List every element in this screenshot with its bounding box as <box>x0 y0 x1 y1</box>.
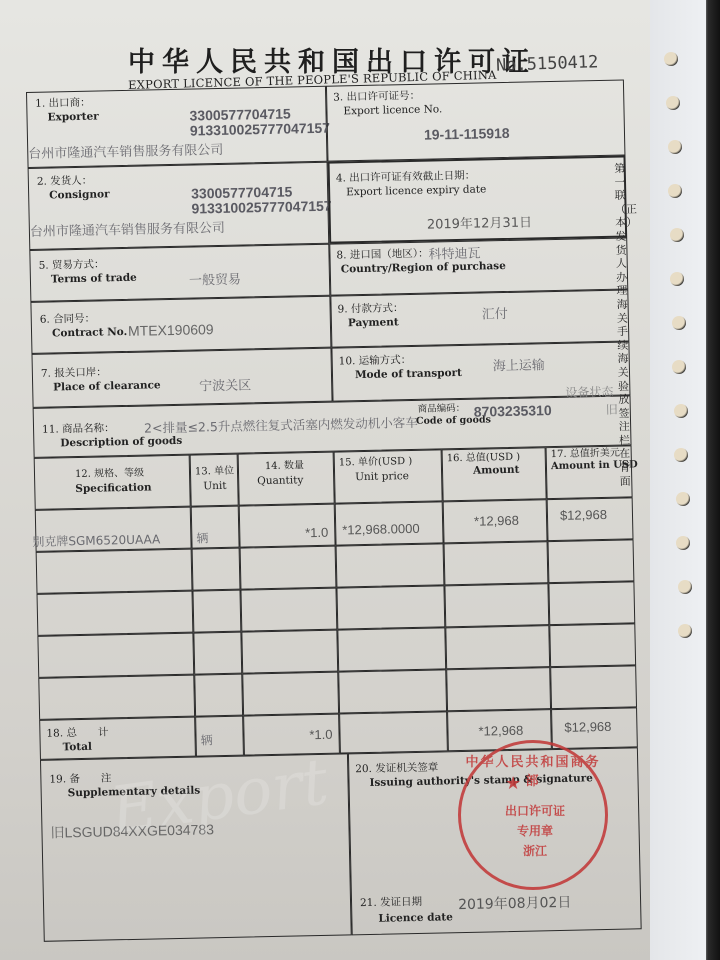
seal-ring-text: 中华人民共和国商务部 <box>461 751 605 789</box>
goods-code-value: 8703235310 <box>474 402 552 420</box>
feed-hole <box>664 52 678 66</box>
row-unit: 辆 <box>196 529 208 546</box>
th-qty-cn: 14. 数量 <box>265 459 304 474</box>
licence-no-cell: 3. 出口许可证号： Export licence No. 19-11-1159… <box>326 79 626 161</box>
goods-label-en: Description of goods <box>60 434 182 451</box>
country-label-en: Country/Region of purchase <box>341 259 506 276</box>
payment-cell: 9. 付款方式： Payment 汇付 <box>330 289 629 347</box>
consignor-label-cn: 2. 发货人： <box>37 174 93 189</box>
exporter-name: 台州市隆通汽车销售服务有限公司 <box>28 139 223 162</box>
feed-hole <box>668 140 682 154</box>
exporter-label-en: Exporter <box>47 109 98 124</box>
th-qty-en: Quantity <box>257 473 303 488</box>
table-row-spec: 别克牌SGM6520UAAA <box>35 507 192 552</box>
th-unit: 13. 单位 Unit <box>190 454 239 507</box>
goods-label-cn: 11. 商品名称： <box>42 421 115 437</box>
row-unit-price: *12,968.0000 <box>342 521 420 538</box>
expiry-label-en: Export licence expiry date <box>346 182 486 199</box>
total-amount-usd: $12,968 <box>564 719 611 735</box>
table-row-qty: *1.0 <box>239 504 336 548</box>
th-unit-en: Unit <box>203 479 226 493</box>
licence-date-label-cn: 21. 发证日期 <box>360 895 422 910</box>
table-row-amount: *12,968 <box>443 499 548 543</box>
exporter-code2: 913310025777047157 <box>190 120 330 139</box>
row-amount-usd: $12,968 <box>560 507 607 523</box>
payment-label-cn: 9. 付款方式： <box>337 301 403 316</box>
total-label-cell: 18. 总 计 Total <box>39 717 196 760</box>
consignor-code2: 913310025777047157 <box>191 198 331 217</box>
feed-hole <box>676 536 690 550</box>
supplementary-label-cn: 19. 备 注 <box>49 771 111 786</box>
total-amount: *12,968 <box>478 723 523 739</box>
contract-label-cn: 6. 合同号： <box>40 312 96 327</box>
contract-label-en: Contract No. <box>52 325 127 341</box>
equipment-status-label: 设备状态 <box>565 383 613 401</box>
feed-hole <box>678 580 692 594</box>
feed-hole <box>670 272 684 286</box>
contract-value: MTEX190609 <box>128 321 214 339</box>
payment-value: 汇付 <box>482 303 508 323</box>
consignor-cell: 2. 发货人： Consignor 3300577704715 91331002… <box>28 162 330 250</box>
consignor-name: 台州市隆通汽车销售服务有限公司 <box>30 217 225 240</box>
clearance-label-cn: 7. 报关口岸： <box>41 365 107 380</box>
licence-date-label-en: Licence date <box>378 910 453 926</box>
total-price-cell <box>339 711 448 753</box>
total-label-en: Total <box>63 740 93 755</box>
th-usd-en: Amount in USD <box>551 458 638 474</box>
total-label-cn: 18. 总 计 <box>46 725 108 740</box>
contract-cell: 6. 合同号： Contract No. MTEX190609 <box>30 296 331 354</box>
feed-hole <box>668 184 682 198</box>
table-row-amount-usd: $12,968 <box>547 497 634 541</box>
th-spec-cn: 12. 规格、等级 <box>75 467 144 482</box>
th-amount-usd: 17. 总值折美元 Amount in USD <box>546 445 633 499</box>
transport-label-cn: 10. 运输方式： <box>339 353 412 369</box>
feed-hole <box>674 448 688 462</box>
row-qty: *1.0 <box>305 525 328 540</box>
total-unit-cell: 辆 <box>195 716 244 757</box>
feed-hole <box>666 96 680 110</box>
th-price-cn: 15. 单价(USD ) <box>339 455 413 471</box>
licence-no-value: 19-11-115918 <box>424 125 510 143</box>
goods-description: 2<排量≤2.5升点燃往复式活塞内燃发动机小客车 <box>144 413 418 437</box>
licence-no-label-en: Export licence No. <box>343 102 442 118</box>
exporter-label-cn: 1. 出口商： <box>35 96 91 111</box>
transport-value: 海上运输 <box>493 354 545 374</box>
table-row-unit-price: *12,968.0000 <box>335 501 444 545</box>
exporter-cell: 1. 出口商： Exporter 3300577704715 913310025… <box>26 86 328 168</box>
th-specification: 12. 规格、等级 Specification <box>34 455 191 510</box>
total-unit: 辆 <box>200 731 212 748</box>
seal-line2: 专用章 <box>495 821 575 841</box>
seal-line3: 浙江 <box>495 841 575 861</box>
feed-hole <box>678 624 692 638</box>
transport-label-en: Mode of transport <box>355 366 462 382</box>
th-amount: 16. 总值(USD ) Amount <box>442 447 547 501</box>
serial-number: No.5150412 <box>496 52 599 76</box>
row-amount: *12,968 <box>474 513 519 529</box>
expiry-value: 2019年12月31日 <box>427 211 533 232</box>
tractor-feed-strip <box>650 0 706 960</box>
terms-label-en: Terms of trade <box>51 271 137 287</box>
payment-label-en: Payment <box>348 315 399 330</box>
th-unit-price: 15. 单价(USD ) Unit price <box>334 449 443 503</box>
feed-hole <box>672 316 686 330</box>
total-qty: *1.0 <box>309 727 332 742</box>
feed-hole <box>674 404 688 418</box>
clearance-cell: 7. 报关口岸： Place of clearance 宁波关区 <box>31 348 332 408</box>
clearance-label-en: Place of clearance <box>53 378 161 394</box>
seal-line1: 出口许可证 <box>495 801 575 821</box>
feed-hole <box>670 228 684 242</box>
th-price-en: Unit price <box>355 469 409 484</box>
clearance-value: 宁波关区 <box>199 374 251 394</box>
feed-hole <box>672 360 686 374</box>
consignor-label-en: Consignor <box>49 187 110 202</box>
terms-label-cn: 5. 贸易方式： <box>38 257 104 272</box>
th-amount-en: Amount <box>473 463 520 478</box>
total-amount-usd-cell: $12,968 <box>551 707 638 749</box>
licence-date-value: 2019年08月02日 <box>458 892 572 914</box>
th-quantity: 14. 数量 Quantity <box>238 452 335 506</box>
terms-cell: 5. 贸易方式： Terms of trade 一般贸易 <box>29 244 330 302</box>
th-spec-en: Specification <box>75 480 152 496</box>
equipment-status-value: 旧 <box>606 401 618 418</box>
expiry-cell: 4. 出口许可证有效截止日期： Export licence expiry da… <box>328 155 628 243</box>
table-row-unit: 辆 <box>191 506 240 549</box>
th-unit-cn: 13. 单位 <box>195 465 234 480</box>
country-cell: 8. 进口国（地区）： 科特迪瓦 Country/Region of purch… <box>329 237 628 295</box>
seal-star-icon: ★ <box>505 773 521 794</box>
official-seal: 中华人民共和国商务部 ★ 出口许可证 专用章 浙江 <box>458 740 608 890</box>
row-spec: 别克牌SGM6520UAAA <box>32 530 160 550</box>
empty-rows <box>36 539 637 719</box>
feed-hole <box>676 492 690 506</box>
terms-value: 一般贸易 <box>189 269 241 289</box>
